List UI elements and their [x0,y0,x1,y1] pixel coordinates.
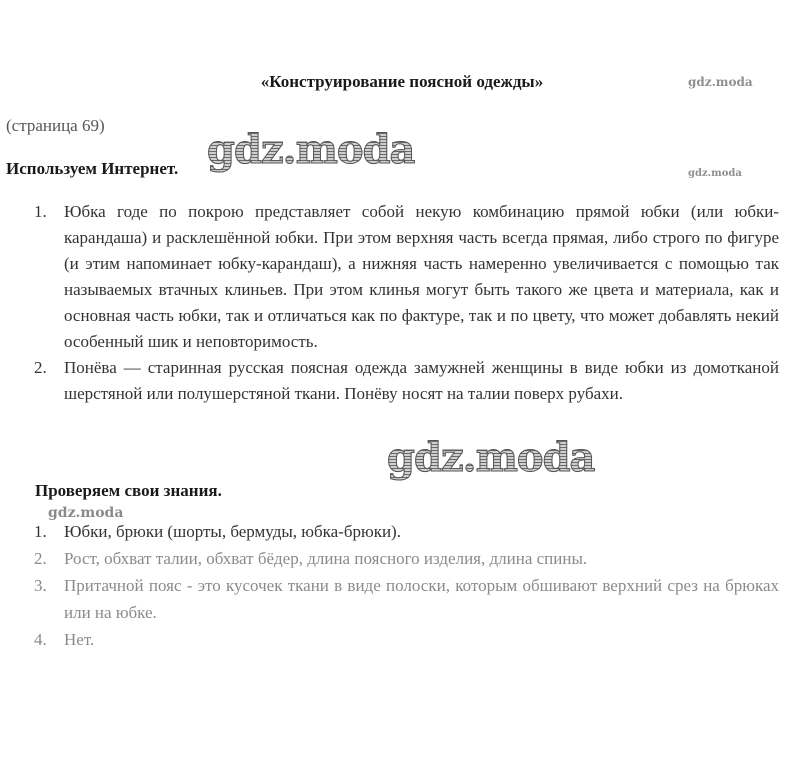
item-number: 2. [34,355,47,381]
watermark-large: gdz.moda [387,434,594,481]
item-number: 2. [34,545,47,572]
watermark-small: gdz.moda [688,75,753,89]
item-number: 4. [34,626,47,653]
item-text: Рост, обхват талии, обхват бёдер, длина … [64,549,587,568]
list-item: 2. Понёва — старинная русская поясная од… [0,355,779,407]
item-text: Юбки, брюки (шорты, бермуды, юбка-брюки)… [64,522,401,541]
check-answers-list: 1. Юбки, брюки (шорты, бермуды, юбка-брю… [0,518,779,653]
internet-answers-list: 1. Юбка годе по покрою представляет собо… [0,199,779,407]
item-number: 3. [34,572,47,599]
document-title: «Конструирование поясной одежды» [0,72,804,92]
item-text: Нет. [64,630,94,649]
watermark-small: gdz.moda [688,168,742,179]
watermark-large: gdz.moda [207,126,414,173]
list-item: 1. Юбка годе по покрою представляет собо… [0,199,779,355]
list-item: 4. Нет. [0,626,779,653]
item-text: Понёва — старинная русская поясная одежд… [64,358,779,403]
list-item: 3. Притачной пояс - это кусочек ткани в … [0,572,779,626]
item-text: Притачной пояс - это кусочек ткани в вид… [64,576,779,622]
item-number: 1. [34,518,47,545]
section-heading-check-knowledge: Проверяем свои знания. [35,481,222,501]
page-reference: (страница 69) [6,116,105,136]
list-item: 1. Юбки, брюки (шорты, бермуды, юбка-брю… [0,518,779,545]
list-item: 2. Рост, обхват талии, обхват бёдер, дли… [0,545,779,572]
section-heading-internet: Используем Интернет. [6,159,178,179]
item-text: Юбка годе по покрою представляет собой н… [64,202,779,351]
item-number: 1. [34,199,47,225]
